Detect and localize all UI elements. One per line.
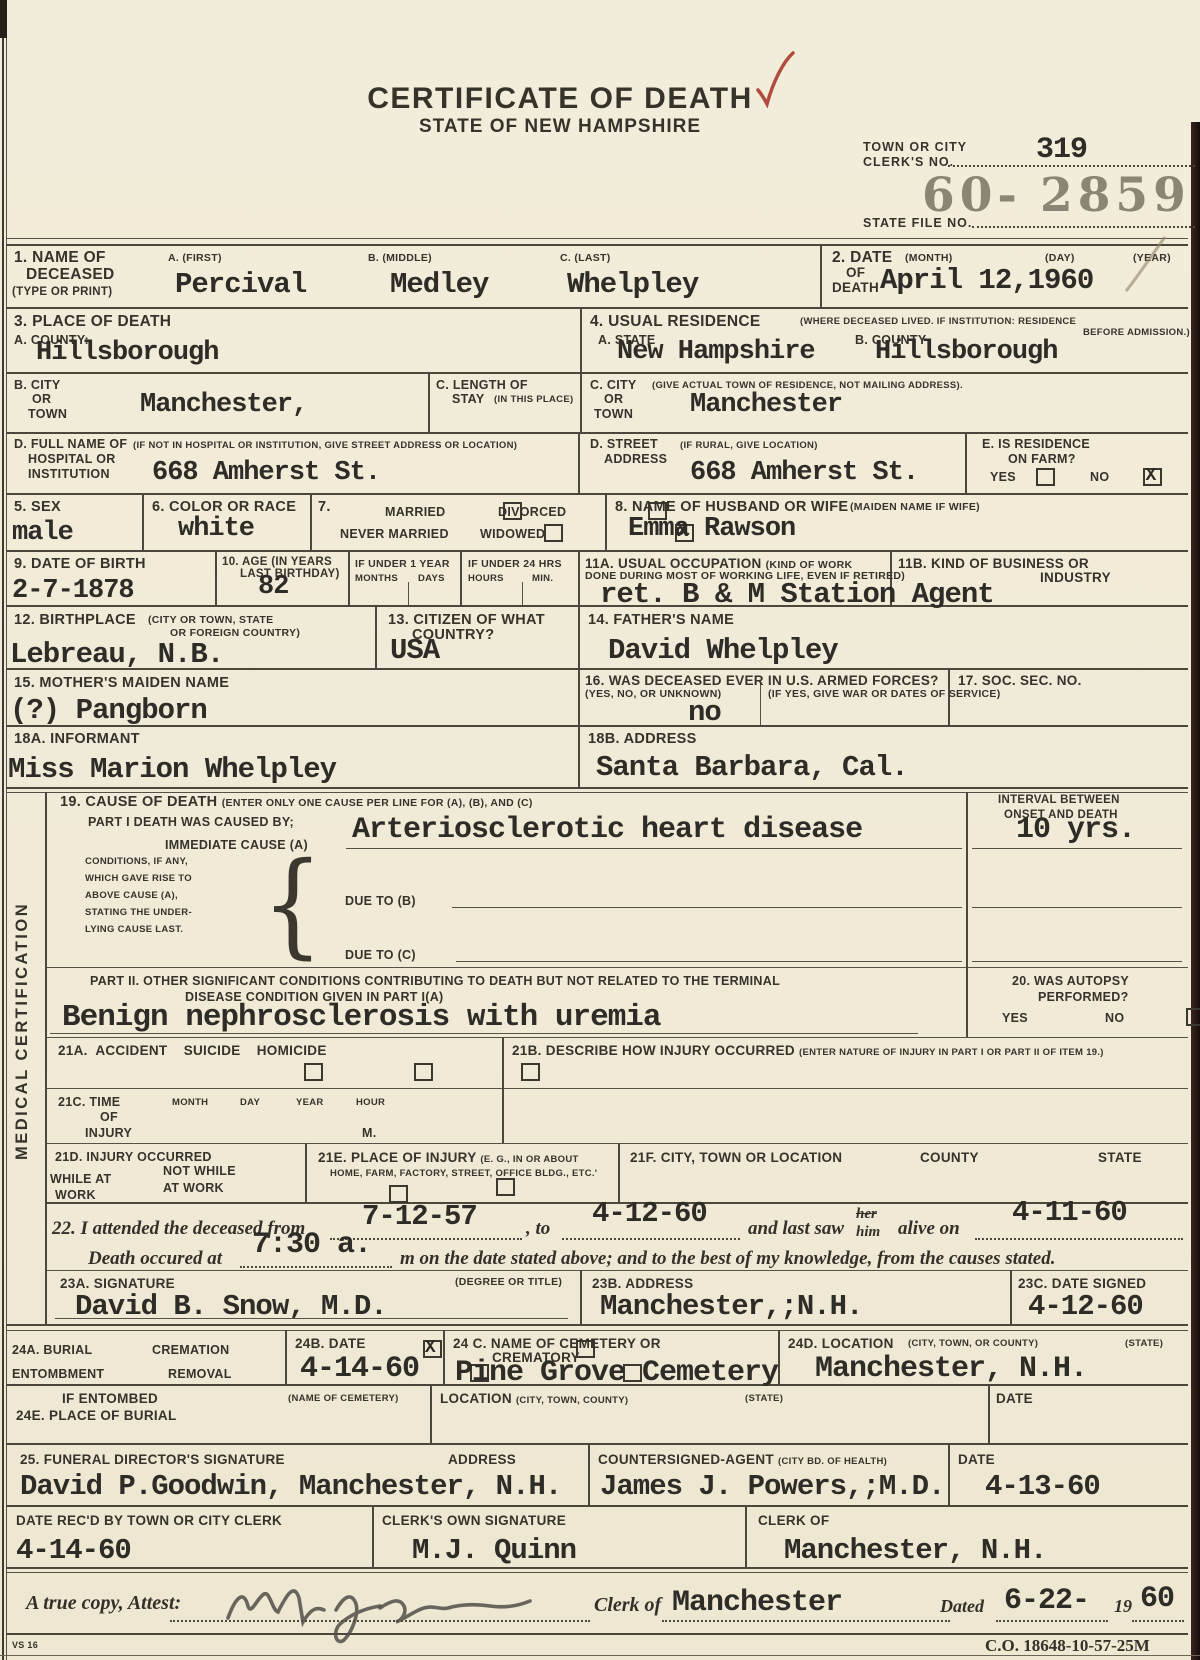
- clerk-no-value: 319: [1036, 133, 1087, 167]
- never-married-checkbox: [544, 524, 563, 542]
- place-of-injury-note2: HOME, FARM, FACTORY, STREET, OFFICE BLDG…: [330, 1168, 597, 1179]
- middle-name-label: B. (MIDDLE): [368, 252, 432, 264]
- cemetery-label: 24 C. NAME OF CEMETERY OR: [453, 1336, 661, 1351]
- medical-certification-label: MEDICAL CERTIFICATION: [13, 800, 32, 1160]
- injury-hour-label: HOUR: [356, 1097, 385, 1108]
- removal-label: REMOVAL: [168, 1367, 232, 1381]
- dob-value: 2-7-1878: [12, 576, 134, 606]
- rule: [965, 432, 967, 493]
- residence-state-value: New Hampshire: [617, 337, 815, 367]
- state-file-stamp-number: 2859: [1040, 168, 1191, 223]
- rule: [588, 1443, 590, 1505]
- conditions-note-3: ABOVE CAUSE (A),: [85, 890, 178, 901]
- date-signed-value: 4-12-60: [1028, 1290, 1143, 1323]
- field-21b-label: 21B. DESCRIBE HOW INJURY OCCURRED (ENTER…: [512, 1043, 1104, 1058]
- due-to-c-line: [456, 961, 962, 962]
- homicide-label: HOMICIDE: [257, 1043, 327, 1058]
- entombed-location-label: LOCATION (CITY, TOWN, COUNTY): [440, 1391, 628, 1406]
- rule: [310, 493, 312, 550]
- last-name-value: Whelpley: [567, 268, 698, 301]
- state-file-label: STATE FILE NO.: [863, 216, 972, 230]
- city-value: Manchester,: [140, 390, 307, 420]
- part2-underline: [50, 1033, 918, 1034]
- cemetery-value: Pine Grove Cemetery: [455, 1356, 778, 1390]
- day-label: (DAY): [1045, 252, 1075, 264]
- never-married-label: NEVER MARRIED: [340, 527, 449, 541]
- interval-value: 10 yrs.: [1016, 813, 1135, 847]
- date-received-label: DATE REC'D BY TOWN OR CITY CLERK: [16, 1513, 282, 1528]
- rule: [460, 550, 462, 605]
- field-2-label3: DEATH: [832, 280, 879, 295]
- entombment-label: ENTOMBMENT: [12, 1367, 104, 1381]
- rule: [578, 605, 580, 668]
- first-name-label: A. (FIRST): [168, 252, 222, 264]
- alive-on-text: alive on: [898, 1218, 960, 1240]
- attest-dated-value: 6-22-: [1004, 1584, 1089, 1618]
- informant-label: 18A. INFORMANT: [14, 731, 140, 747]
- cause-a-line: [346, 848, 962, 849]
- rule: [6, 792, 1188, 793]
- attended-from-value: 7-12-57: [362, 1200, 477, 1233]
- not-while-at-work-checkbox: [496, 1178, 515, 1196]
- sex-value: male: [12, 518, 73, 548]
- spouse-value: Emma Rawson: [628, 514, 795, 544]
- rule: [6, 493, 1188, 495]
- hospital-label: D. FULL NAME OF: [14, 437, 127, 451]
- attest-dated-text: Dated: [940, 1596, 984, 1617]
- birthplace-label: 12. BIRTHPLACE: [14, 612, 136, 628]
- armed-forces-label: 16. WAS DECEASED EVER IN U.S. ARMED FORC…: [585, 673, 939, 688]
- father-value: David Whelpley: [608, 634, 838, 667]
- rule: [6, 1443, 1188, 1445]
- rule: [372, 1505, 374, 1567]
- due-to-b-label: DUE TO (B): [345, 894, 416, 908]
- disposition-location-label: 24D. LOCATION: [788, 1336, 894, 1351]
- injury-year-label: YEAR: [296, 1097, 324, 1108]
- informant-address-label: 18B. ADDRESS: [588, 731, 697, 747]
- page-title: CERTIFICATE OF DEATH: [330, 82, 790, 116]
- last-alive-value: 4-11-60: [1012, 1196, 1127, 1229]
- sex-label: 5. SEX: [14, 499, 61, 515]
- interval-line-c: [972, 961, 1182, 962]
- conditions-note-1: CONDITIONS, IF ANY,: [85, 856, 188, 867]
- disposition-location-note: (CITY, TOWN, OR COUNTY): [908, 1338, 1038, 1349]
- attended-to-value: 4-12-60: [592, 1197, 707, 1230]
- place-of-injury-note: (E. G., IN OR ABOUT: [480, 1154, 578, 1165]
- rule: [6, 787, 1188, 789]
- due-to-b-line: [452, 907, 962, 908]
- race-value: white: [178, 514, 254, 544]
- physician-address-value: Manchester,;N.H.: [600, 1290, 862, 1323]
- field-4-label: 4. USUAL RESIDENCE: [590, 313, 760, 331]
- informant-address-value: Santa Barbara, Cal.: [596, 751, 908, 784]
- physician-signature-line: [55, 1318, 568, 1319]
- if-entombed-label: IF ENTOMBED: [62, 1391, 158, 1406]
- rule: [580, 372, 582, 432]
- father-label: 14. FATHER'S NAME: [588, 612, 734, 628]
- married-label: MARRIED: [385, 505, 445, 519]
- interval-line-a: [972, 848, 1182, 849]
- clerk-of-value: Manchester, N.H.: [784, 1534, 1046, 1567]
- field-4-note: (WHERE DECEASED LIVED. IF INSTITUTION: R…: [800, 316, 1076, 327]
- res-city-label2: OR: [604, 392, 623, 406]
- field-21a-number: 21A.: [58, 1043, 88, 1058]
- rule: [430, 1384, 432, 1443]
- last-alive-leader: [975, 1238, 1183, 1240]
- date-signed-label: 23C. DATE SIGNED: [1018, 1276, 1146, 1291]
- countersigned-date-value: 4-13-60: [985, 1470, 1100, 1503]
- rule: [443, 1330, 445, 1384]
- page-subtitle: STATE OF NEW HAMPSHIRE: [330, 116, 790, 138]
- injury-day-label: DAY: [240, 1097, 260, 1108]
- length-of-stay-label2: STAY: [452, 392, 484, 406]
- rule: [6, 244, 1188, 246]
- armed-forces-value: no: [688, 696, 721, 729]
- injury-occurred-label: 21D. INJURY OCCURRED: [55, 1150, 212, 1164]
- county-value: Hillsborough: [36, 338, 218, 368]
- injury-month-label: MONTH: [172, 1097, 208, 1108]
- first-name-value: Percival: [175, 268, 306, 301]
- rule: [6, 1330, 1188, 1331]
- rule: [6, 1572, 1188, 1573]
- rule: [618, 1143, 620, 1202]
- city-label: B. CITY: [14, 378, 61, 392]
- physician-address-label: 23B. ADDRESS: [592, 1276, 693, 1291]
- autopsy-label: 20. WAS AUTOPSY: [1012, 974, 1129, 988]
- cause-of-death-label: 19. CAUSE OF DEATH (ENTER ONLY ONE CAUSE…: [60, 794, 533, 810]
- at-work-label: AT WORK: [163, 1181, 224, 1195]
- part2-label: PART II. OTHER SIGNIFICANT CONDITIONS CO…: [90, 974, 780, 988]
- page-corner-shadow: [0, 0, 7, 38]
- rule: [6, 307, 1188, 309]
- birthplace-note: (CITY OR TOWN, STATE: [148, 614, 273, 626]
- informant-value: Miss Marion Whelpley: [8, 753, 336, 786]
- attest-year-prefix: 19: [1114, 1596, 1132, 1617]
- length-of-stay-note: (IN THIS PLACE): [494, 394, 573, 405]
- rule: [502, 1037, 504, 1143]
- due-to-c-label: DUE TO (C): [345, 948, 416, 962]
- pencil-checkmark-icon: [1122, 235, 1168, 295]
- rule: [745, 1505, 747, 1567]
- print-order-number: C.O. 18648-10-57-25M: [985, 1636, 1150, 1656]
- interval-line-b: [972, 907, 1182, 908]
- rule: [6, 605, 1188, 607]
- age-value: 82: [258, 572, 288, 602]
- attended-to-text: , to: [526, 1218, 550, 1240]
- spouse-note: (MAIDEN NAME IF WIFE): [850, 501, 980, 513]
- degree-or-title-label: (DEGREE OR TITLE): [455, 1276, 562, 1288]
- homicide-checkbox: [521, 1063, 540, 1081]
- rule: [988, 1384, 990, 1443]
- rule: [6, 432, 1188, 434]
- state-file-leader: [972, 226, 1195, 228]
- rule: [348, 550, 350, 605]
- clerk-handwritten-signature: [218, 1566, 558, 1646]
- funeral-director-label: 25. FUNERAL DIRECTOR'S SIGNATURE: [20, 1452, 285, 1467]
- her-text: her: [856, 1206, 877, 1223]
- mother-label: 15. MOTHER'S MAIDEN NAME: [14, 675, 229, 691]
- field-2-label2: OF: [846, 265, 865, 280]
- death-time-value: 7:30 a.: [252, 1228, 371, 1262]
- rule: [6, 238, 1188, 239]
- rule: [408, 582, 409, 605]
- clerk-signature-value: M.J. Quinn: [412, 1534, 576, 1567]
- rule: [522, 582, 523, 605]
- disposition-date-value: 4-14-60: [300, 1352, 419, 1386]
- time-of-injury-label3: INJURY: [85, 1126, 132, 1140]
- race-label: 6. COLOR OR RACE: [152, 499, 296, 515]
- part2-value: Benign nephrosclerosis with uremia: [62, 1000, 661, 1035]
- dob-label: 9. DATE OF BIRTH: [14, 556, 146, 572]
- rule: [45, 1270, 1188, 1271]
- res-city-label: C. CITY: [590, 378, 637, 392]
- conditions-note-4: STATING THE UNDER-: [85, 907, 192, 918]
- rule: [948, 1443, 950, 1505]
- months-label: MONTHS: [355, 573, 398, 584]
- suicide-label: SUICIDE: [184, 1043, 241, 1058]
- rule: [285, 1330, 287, 1384]
- entombed-location-label-main: LOCATION: [440, 1391, 512, 1406]
- death-occurred-text: Death occured at: [88, 1248, 222, 1270]
- funeral-director-address-label: ADDRESS: [448, 1452, 516, 1467]
- citizen-value: USA: [390, 634, 439, 667]
- not-while-label: NOT WHILE: [163, 1164, 236, 1178]
- autopsy-yes-label: YES: [1002, 1011, 1028, 1025]
- farm-label2: ON FARM?: [1008, 452, 1076, 466]
- rule: [142, 493, 144, 550]
- injury-city-label: 21F. CITY, TOWN OR LOCATION: [630, 1150, 842, 1165]
- residence-county-value: Hillsborough: [875, 337, 1057, 367]
- him-text: him: [856, 1224, 880, 1241]
- if-entombed-note: (NAME OF CEMETERY): [288, 1393, 399, 1404]
- date-received-value: 4-14-60: [16, 1534, 131, 1567]
- clerk-signature-label: CLERK'S OWN SIGNATURE: [382, 1513, 566, 1528]
- death-certificate-scan: CERTIFICATE OF DEATH STATE OF NEW HAMPSH…: [0, 0, 1200, 1660]
- farm-label: E. IS RESIDENCE: [982, 437, 1090, 451]
- citizen-label: 13. CITIZEN OF WHAT: [388, 612, 545, 628]
- rule: [6, 1567, 1188, 1569]
- clerk-no-label: TOWN OR CITY: [863, 140, 967, 154]
- attest-dated-leader: [996, 1620, 1108, 1622]
- attended-to-leader: [562, 1238, 740, 1240]
- cremation-label: CREMATION: [152, 1343, 229, 1357]
- rule: [6, 1633, 1188, 1635]
- street-label: D. STREET: [590, 437, 658, 451]
- countersigned-label-main: COUNTERSIGNED-AGENT: [598, 1452, 774, 1467]
- rule: [778, 1330, 780, 1384]
- entombed-date-label: DATE: [996, 1391, 1033, 1406]
- rule: [45, 967, 1188, 968]
- countersigned-date-label: DATE: [958, 1452, 995, 1467]
- rule: [45, 792, 47, 1324]
- mother-value: (?) Pangborn: [10, 694, 207, 727]
- cause-of-death-label-note: (ENTER ONLY ONE CAUSE PER LINE FOR (A), …: [222, 797, 533, 809]
- injury-state-label: STATE: [1098, 1150, 1142, 1165]
- burial-checkbox: [423, 1340, 442, 1358]
- countersigned-value: James J. Powers,;M.D.: [600, 1470, 944, 1503]
- form-number: VS 16: [12, 1640, 38, 1650]
- entombed-state-note: (STATE): [745, 1393, 783, 1404]
- length-of-stay-label: C. LENGTH OF: [436, 378, 528, 392]
- age-label2: LAST BIRTHDAY): [240, 568, 340, 580]
- place-of-injury-label: 21E. PLACE OF INJURY (E. G., IN OR ABOUT: [318, 1150, 579, 1165]
- field-3-label: 3. PLACE OF DEATH: [14, 313, 171, 331]
- rule: [305, 1143, 307, 1202]
- burial-label: 24A. BURIAL: [12, 1343, 92, 1357]
- farm-yes-checkbox: [1036, 468, 1055, 486]
- rule: [6, 550, 1188, 552]
- ssn-label: 17. SOC. SEC. NO.: [958, 673, 1082, 688]
- armed-forces-note2: (IF YES, GIVE WAR OR DATES OF SERVICE): [768, 688, 1001, 700]
- rule: [45, 1143, 1188, 1144]
- occupation-label-main: 11A. USUAL OCCUPATION: [585, 556, 762, 571]
- rule: [578, 668, 580, 725]
- place-of-injury-label-main: 21E. PLACE OF INJURY: [318, 1150, 476, 1165]
- interval-label: INTERVAL BETWEEN: [998, 794, 1120, 806]
- attest-text: A true copy, Attest:: [26, 1592, 181, 1615]
- attest-clerk-of-leader: [662, 1620, 950, 1622]
- occupation-value: ret. B & M Station Agent: [600, 578, 994, 611]
- rule: [45, 1088, 1188, 1089]
- rule: [605, 493, 607, 550]
- widowed-label: WIDOWED: [480, 527, 545, 541]
- last-name-label: C. (LAST): [560, 252, 611, 264]
- page-left-edge-line: [2, 0, 4, 1660]
- rule: [580, 1270, 582, 1324]
- attest-year-leader: [1132, 1620, 1184, 1622]
- rule: [1010, 1270, 1012, 1324]
- field-1-label: 1. NAME OF: [14, 249, 106, 267]
- field-4-note2: BEFORE ADMISSION.): [1083, 327, 1190, 338]
- part1-label: PART I DEATH WAS CAUSED BY;: [88, 815, 294, 829]
- suicide-checkbox: [414, 1063, 433, 1081]
- red-checkmark-icon: [752, 50, 796, 108]
- rule: [45, 1037, 1188, 1038]
- disposition-location-value: Manchester, N.H.: [815, 1352, 1087, 1386]
- conditions-note-2: WHICH GAVE RISE TO: [85, 873, 192, 884]
- conditions-brace: {: [262, 838, 323, 970]
- countersigned-label: COUNTERSIGNED-AGENT (CITY BD. OF HEALTH): [598, 1452, 887, 1467]
- street-label2: ADDRESS: [604, 452, 667, 466]
- hospital-note: (IF NOT IN HOSPITAL OR INSTITUTION, GIVE…: [133, 440, 517, 451]
- rule: [760, 682, 761, 725]
- cause-of-death-label-main: 19. CAUSE OF DEATH: [60, 794, 217, 810]
- hospital-label3: INSTITUTION: [28, 467, 110, 481]
- rule: [580, 307, 582, 372]
- res-city-value: Manchester: [690, 390, 842, 420]
- city-label3: TOWN: [28, 407, 67, 421]
- field-21a-label: 21A. ACCIDENT SUICIDE HOMICIDE: [58, 1043, 327, 1058]
- farm-yes-label: YES: [990, 470, 1016, 484]
- rule: [6, 1505, 1188, 1507]
- field-1-label3: (TYPE OR PRINT): [12, 286, 112, 298]
- hospital-value: 668 Amherst St.: [152, 458, 380, 488]
- autopsy-label2: PERFORMED?: [1038, 990, 1129, 1004]
- death-time-leader: [240, 1266, 392, 1268]
- street-note: (IF RURAL, GIVE LOCATION): [680, 440, 818, 451]
- street-value: 668 Amherst St.: [690, 458, 918, 488]
- occupation-label: 11A. USUAL OCCUPATION (KIND OF WORK: [585, 556, 852, 571]
- page-right-edge-strip: [1191, 122, 1200, 1660]
- accident-checkbox: [304, 1063, 323, 1081]
- attest-clerk-of-text: Clerk of: [594, 1594, 661, 1617]
- field-1-label2: DECEASED: [26, 266, 115, 284]
- time-of-injury-label2: OF: [100, 1110, 118, 1124]
- funeral-director-value: David P.Goodwin, Manchester, N.H.: [20, 1470, 561, 1503]
- industry-label2: INDUSTRY: [1040, 570, 1111, 585]
- hours-label: HOURS: [468, 573, 504, 584]
- field-21b-label-note: (ENTER NATURE OF INJURY IN PART I OR PAR…: [799, 1047, 1104, 1058]
- rule: [578, 725, 580, 787]
- clerk-of-label: CLERK OF: [758, 1513, 829, 1528]
- accident-label: ACCIDENT: [95, 1043, 167, 1058]
- physician-signature-label: 23A. SIGNATURE: [60, 1276, 175, 1291]
- autopsy-no-label: NO: [1105, 1011, 1124, 1025]
- immediate-cause-value: Arteriosclerotic heart disease: [352, 813, 862, 847]
- conditions-note-5: LYING CAUSE LAST.: [85, 924, 183, 935]
- countersigned-note: (CITY BD. OF HEALTH): [778, 1456, 887, 1467]
- injury-m-label: M.: [362, 1126, 377, 1140]
- rule: [375, 605, 377, 668]
- divorced-label: DIVORCED: [498, 505, 566, 519]
- page-left-edge-line2: [6, 0, 7, 1660]
- rule: [6, 372, 1188, 374]
- birthplace-value: Lebreau, N.B.: [10, 638, 223, 671]
- time-of-injury-label: 21C. TIME: [58, 1095, 120, 1109]
- work-label: WORK: [55, 1188, 96, 1202]
- death-statement-text: m on the date stated above; and to the b…: [400, 1248, 1055, 1270]
- rule: [428, 372, 430, 432]
- autopsy-yes-checkbox: [1186, 1008, 1200, 1026]
- city-label2: OR: [32, 392, 51, 406]
- days-label: DAYS: [418, 573, 445, 584]
- rule: [6, 1324, 1188, 1326]
- disposition-date-label: 24B. DATE: [295, 1336, 366, 1351]
- age-label: 10. AGE (IN YEARS: [222, 556, 332, 568]
- farm-no-label: NO: [1090, 470, 1109, 484]
- rule: [578, 432, 580, 493]
- rule: [578, 550, 580, 605]
- rule: [966, 792, 968, 1037]
- state-file-stamp-prefix: 60-: [922, 168, 1022, 223]
- entombed-location-note: (CITY, TOWN, COUNTY): [516, 1395, 628, 1406]
- farm-no-checkbox: [1143, 468, 1162, 486]
- while-at-label: WHILE AT: [50, 1172, 111, 1186]
- rule: [820, 244, 822, 307]
- month-label: (MONTH): [905, 252, 953, 264]
- place-of-burial-label: 24E. PLACE OF BURIAL: [16, 1408, 177, 1423]
- injury-county-label: COUNTY: [920, 1150, 979, 1165]
- rule: [215, 550, 217, 605]
- under-1-year-label: IF UNDER 1 YEAR: [355, 558, 450, 570]
- middle-name-value: Medley: [390, 268, 488, 301]
- last-saw-text: and last saw: [748, 1218, 844, 1240]
- field-21b-label-main: 21B. DESCRIBE HOW INJURY OCCURRED: [512, 1043, 795, 1058]
- date-of-death-value: April 12,1960: [880, 264, 1093, 297]
- min-label: MIN.: [532, 573, 553, 584]
- hospital-label2: HOSPITAL OR: [28, 452, 116, 466]
- under-24-hrs-label: IF UNDER 24 HRS: [468, 558, 562, 570]
- attest-year-value: 60: [1140, 1582, 1174, 1616]
- clerk-no-label2: CLERK'S NO.: [863, 155, 954, 169]
- attest-clerk-of-value: Manchester: [672, 1586, 842, 1620]
- industry-label: 11B. KIND OF BUSINESS OR: [898, 556, 1089, 571]
- marital-label: 7.: [318, 499, 331, 515]
- disposition-location-note2: (STATE): [1125, 1338, 1163, 1349]
- res-city-label3: TOWN: [594, 407, 633, 421]
- spouse-label: 8. NAME OF HUSBAND OR WIFE: [615, 499, 848, 515]
